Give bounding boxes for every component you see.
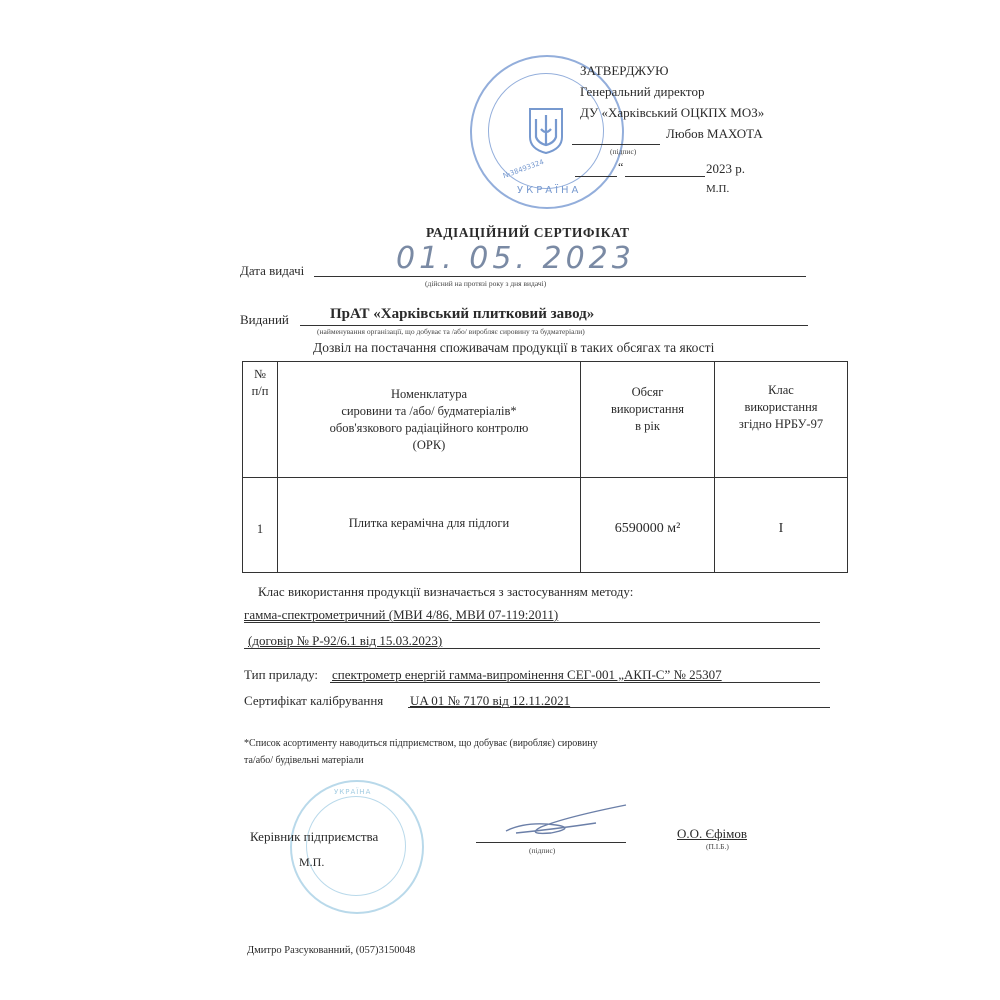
signoff-name: О.О. Єфімов (677, 826, 747, 842)
method-line1: гамма-спектрометричний (МВИ 4/86, МВИ 07… (244, 607, 558, 623)
approval-organization: ДУ «Харківський ОЦКПХ МОЗ» (580, 102, 764, 123)
approval-signature-line (572, 144, 660, 145)
header-line: використання (581, 401, 714, 418)
approval-heading: ЗАТВЕРДЖУЮ (580, 60, 764, 81)
signoff-signature-caption: (підпис) (529, 846, 555, 855)
header-volume: Обсяг використання в рік (581, 362, 715, 478)
header-line: обов'язкового радіаційного контролю (278, 420, 580, 437)
approval-month-line (625, 176, 705, 177)
approval-name: Любов МАХОТА (666, 126, 763, 142)
device-label: Тип приладу: (244, 667, 318, 683)
header-line: Обсяг (581, 384, 714, 401)
issued-to-caption: (найменування організації, що добуває та… (317, 327, 585, 336)
method-intro: Клас використання продукції визначається… (258, 584, 633, 600)
signoff-role: Керівник підприємства (250, 829, 378, 845)
stamp-country: УКРАЇНА (517, 185, 581, 196)
signoff-name-caption: (П.І.Б.) (706, 842, 729, 851)
company-stamp: УКРАЇНА (290, 780, 424, 914)
products-table: № п/п Номенклатура сировини та /або/ буд… (242, 361, 848, 573)
cell-volume: 6590000 м² (581, 478, 715, 573)
approval-date-quote: “ (618, 160, 623, 175)
calibration-value: UA 01 № 7170 від 12.11.2021 (410, 693, 570, 709)
approval-position: Генеральний директор (580, 81, 764, 102)
cell-product: Плитка керамічна для підлоги (278, 478, 581, 573)
footnote-line2: та/або/ будівельні матеріали (244, 755, 364, 766)
approval-day-line (575, 176, 617, 177)
signature-scribble-icon (496, 803, 636, 843)
table-row: 1 Плитка керамічна для підлоги 6590000 м… (243, 478, 848, 573)
approval-seal-mark: М.П. (706, 183, 729, 195)
approval-year: 2023 р. (706, 161, 745, 177)
issue-date-caption: (дійсний на протязі року з дня видачі) (425, 279, 546, 288)
approval-signature-caption: (підпис) (610, 147, 636, 156)
header-line: (ОРК) (278, 437, 580, 454)
approval-block: ЗАТВЕРДЖУЮ Генеральний директор ДУ «Харк… (580, 60, 764, 123)
stamp-country: УКРАЇНА (334, 788, 371, 796)
header-nomenclature: Номенклатура сировини та /або/ будматері… (278, 362, 581, 478)
cell-class: І (715, 478, 848, 573)
header-line: Клас (715, 382, 847, 399)
header-line: п/п (243, 383, 277, 400)
header-line: використання (715, 399, 847, 416)
header-line: згідно НРБУ-97 (715, 416, 847, 433)
issued-to-value: ПрАТ «Харківський плитковий завод» (330, 306, 594, 323)
calibration-label: Сертифікат калібрування (244, 693, 383, 709)
permission-heading: Дозвіл на постачання споживачам продукці… (313, 340, 714, 356)
issued-to-label: Виданий (240, 312, 289, 328)
signoff-seal-mark: М.П. (299, 855, 324, 870)
method-line2: (договір № Р-92/6.1 від 15.03.2023) (248, 633, 442, 649)
header-class: Клас використання згідно НРБУ-97 (715, 362, 848, 478)
header-number: № п/п (243, 362, 278, 478)
document-title: РАДІАЦІЙНИЙ СЕРТИФІКАТ (426, 225, 630, 241)
trident-emblem-icon (526, 107, 566, 155)
footnote-line1: *Список асортименту наводиться підприємс… (244, 738, 598, 749)
issue-date-value: 01. 05. 2023 (396, 241, 635, 276)
table-header-row: № п/п Номенклатура сировини та /або/ буд… (243, 362, 848, 478)
device-value: спектрометр енергій гамма-випромінення С… (332, 667, 722, 683)
signoff-signature-line (476, 842, 626, 843)
header-line: Номенклатура (278, 386, 580, 403)
header-line: в рік (581, 418, 714, 435)
header-line: № (243, 366, 277, 383)
issued-to-line (300, 325, 808, 326)
header-line: сировини та /або/ будматеріалів* (278, 403, 580, 420)
issue-date-label: Дата видачі (240, 263, 304, 279)
issue-date-line (314, 276, 806, 277)
cell-number: 1 (243, 478, 278, 573)
contact-info: Дмитро Разсукованний, (057)3150048 (247, 945, 415, 956)
